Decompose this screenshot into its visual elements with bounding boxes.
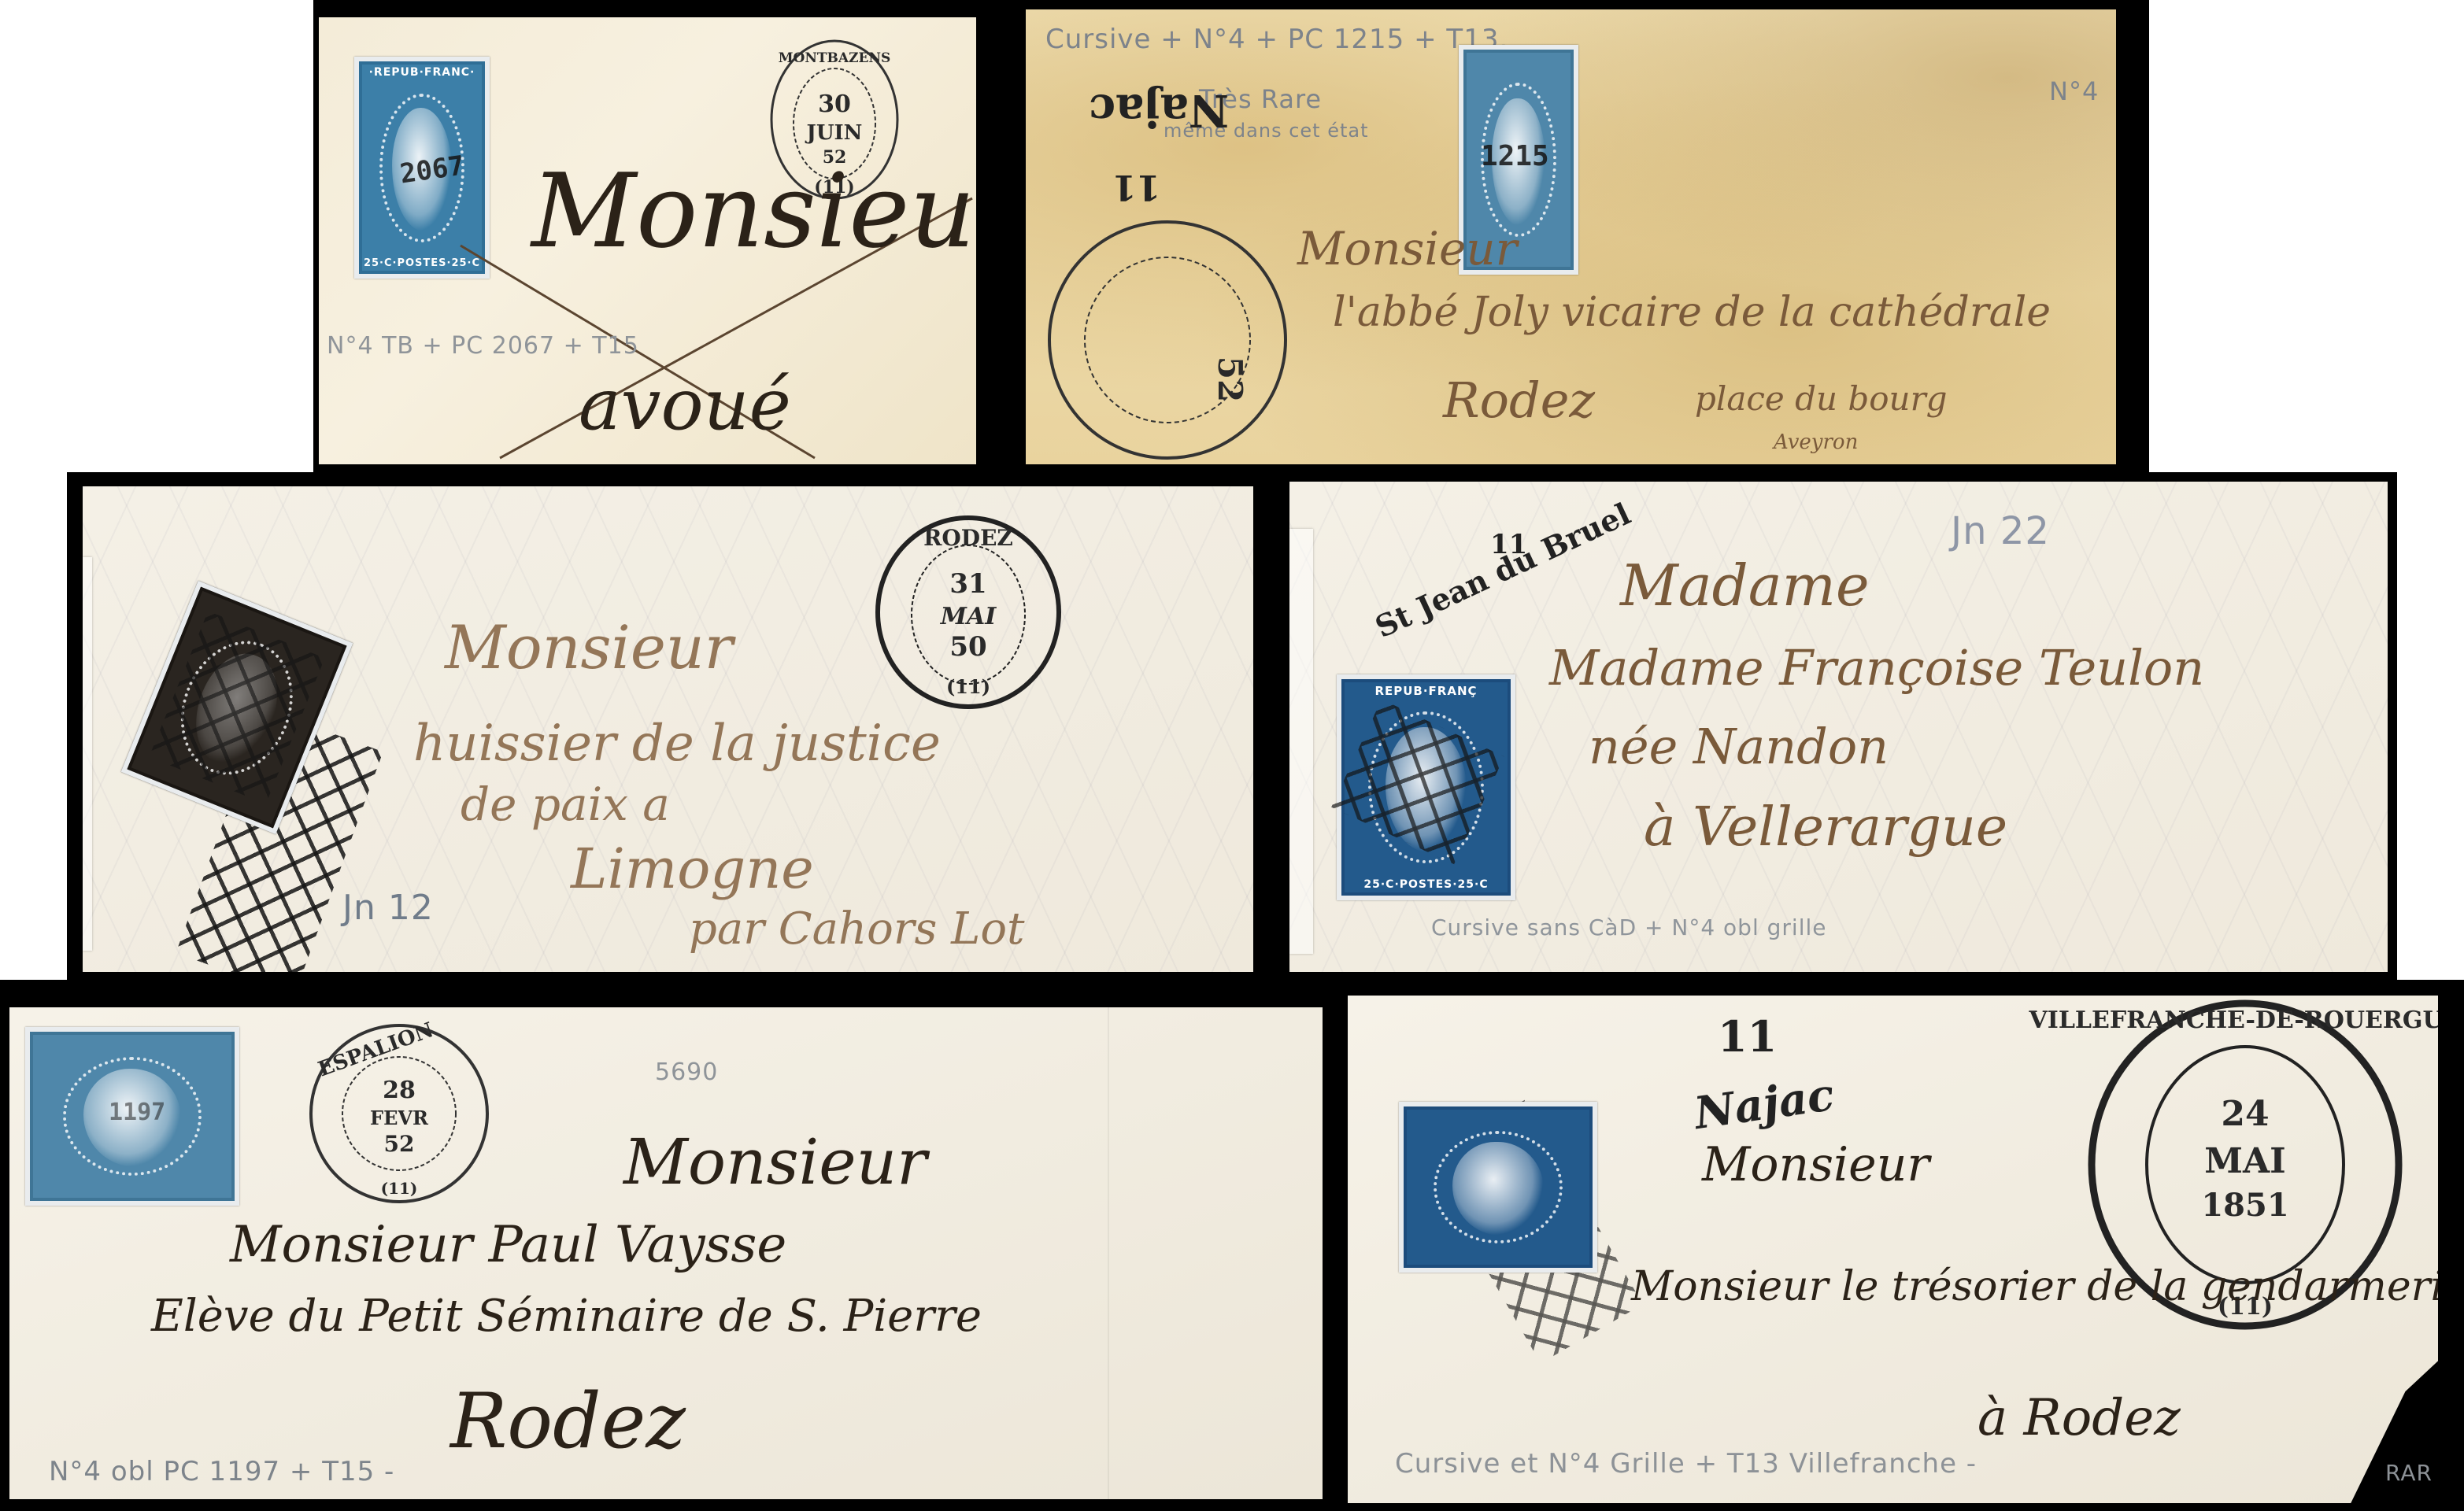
svg-text:RODEZ: RODEZ bbox=[923, 525, 1013, 551]
address-line: née Nandon bbox=[1589, 718, 1889, 775]
pencil-annotation: N°4 TB + PC 2067 + T15 bbox=[327, 332, 639, 360]
svg-text:31: 31 bbox=[949, 568, 986, 600]
stamp-ceres-25c-blue: 1197 bbox=[25, 1027, 239, 1206]
svg-text:VILLEFRANCHE-DE-ROUERGUE: VILLEFRANCHE-DE-ROUERGUE bbox=[2029, 1007, 2438, 1034]
pencil-annotation: N°4 obl PC 1197 + T15 - bbox=[49, 1456, 394, 1487]
handstamp-number: 11 bbox=[1112, 167, 1160, 207]
address-line: Monsieur Paul Vaysse bbox=[230, 1216, 786, 1274]
pencil-number: Jn 22 bbox=[1951, 509, 2050, 553]
address-line: Monsieur bbox=[1702, 1137, 1929, 1192]
address-line: huissier de la justice bbox=[413, 715, 941, 773]
svg-text:50: 50 bbox=[949, 631, 986, 663]
address-line: avoué bbox=[579, 364, 791, 446]
svg-text:24: 24 bbox=[2221, 1094, 2269, 1134]
address-line: Monsieur bbox=[1297, 222, 1517, 275]
postmark-rodez: RODEZ 31 MAI 50 (11) bbox=[870, 514, 1067, 711]
pencil-annotation: Cursive et N°4 Grille + T13 Villefranche… bbox=[1395, 1448, 1977, 1480]
address-line: Monsieur bbox=[445, 612, 733, 682]
stamp-value: 25·C·POSTES·25·C bbox=[1341, 878, 1511, 891]
cover-espalion: 1197 ESPALION 28 FEVR 52 (11) 5690 Monsi… bbox=[9, 1007, 1323, 1499]
svg-text:MAI: MAI bbox=[2204, 1141, 2285, 1181]
pencil-number: N°4 bbox=[2049, 76, 2099, 106]
pencil-corner-note: RAR bbox=[2385, 1460, 2433, 1486]
svg-text:(11): (11) bbox=[381, 1179, 418, 1198]
address-line: Madame Françoise Teulon bbox=[1549, 639, 2204, 696]
address-line: de paix a bbox=[461, 778, 670, 831]
stamp-header: REPUB·FRANÇ bbox=[1341, 684, 1511, 698]
svg-text:FEVR: FEVR bbox=[370, 1106, 429, 1129]
st-jean-du-bruel-handstamp: St Jean du Bruel bbox=[1370, 496, 1636, 645]
address-line: Monsieur bbox=[531, 151, 976, 271]
address-line: Limogne bbox=[571, 837, 814, 901]
cover-najac-villefranche: Cursive + N°4 + PC 1215 + T13. Très Rare… bbox=[1026, 9, 2116, 464]
pencil-number: 5690 bbox=[655, 1058, 718, 1086]
address-line: place du bourg bbox=[1695, 379, 1948, 418]
handstamp-number: 11 bbox=[1490, 529, 1527, 560]
address-line: Aveyron bbox=[1774, 430, 1858, 454]
fragment-montbazens: ·REPUB·FRANC· 25·C·POSTES·25·C 2067 MONT… bbox=[319, 17, 976, 464]
numeral-cancel: 1197 bbox=[109, 1099, 165, 1126]
svg-text:1851: 1851 bbox=[2201, 1187, 2288, 1224]
address-line: à Vellerargue bbox=[1644, 796, 2007, 859]
svg-text:(11): (11) bbox=[946, 675, 990, 698]
pencil-annotation: Jn 12 bbox=[342, 888, 434, 928]
address-line: par Cahors Lot bbox=[689, 903, 1025, 955]
najac-handstamp: Najac bbox=[1089, 84, 1229, 136]
svg-text:MAI: MAI bbox=[940, 603, 997, 630]
address-line: l'abbé Joly vicaire de la cathédrale bbox=[1333, 289, 2051, 336]
postmark-espalion: ESPALION 28 FEVR 52 (11) bbox=[305, 1019, 494, 1208]
cover-najac-grille: 11 Najac VILLEFRANCHE-DE-ROUERGUE 24 MAI… bbox=[1348, 996, 2438, 1503]
address-line: Monsieur le trésorier de la gendarmerie bbox=[1631, 1263, 2438, 1310]
svg-text:28: 28 bbox=[383, 1077, 416, 1104]
address-line: à Rodez bbox=[1977, 1389, 2181, 1447]
handstamp-number: 11 bbox=[1718, 1011, 1777, 1062]
svg-text:52: 52 bbox=[384, 1131, 415, 1157]
address-line: Rodez bbox=[450, 1377, 686, 1465]
address-line: Madame bbox=[1620, 552, 1870, 619]
najac-handstamp: Najac bbox=[1691, 1069, 1837, 1140]
postmark-villefranche: 52 bbox=[1034, 210, 1301, 462]
svg-text:52: 52 bbox=[1211, 357, 1249, 402]
stamp-ceres-25c-blue: REPUB·FRANÇ 25·C·POSTES·25·C bbox=[1337, 674, 1515, 900]
pencil-annotation: Cursive + N°4 + PC 1215 + T13. bbox=[1045, 24, 1508, 55]
address-line: Elève du Petit Séminaire de S. Pierre bbox=[151, 1291, 982, 1342]
numeral-cancel: 1215 bbox=[1481, 140, 1549, 172]
address-line: Monsieur bbox=[623, 1125, 927, 1199]
pencil-annotation: Cursive sans CàD + N°4 obl grille bbox=[1431, 914, 1826, 940]
stamp-ceres-25c-blue bbox=[1399, 1102, 1597, 1273]
cover-rodez: RODEZ 31 MAI 50 (11) Monsieur huissier d… bbox=[83, 486, 1253, 972]
address-line: Rodez bbox=[1443, 371, 1595, 429]
cover-st-jean-du-bruel: St Jean du Bruel 11 REPUB·FRANÇ 25·C·POS… bbox=[1289, 482, 2388, 972]
